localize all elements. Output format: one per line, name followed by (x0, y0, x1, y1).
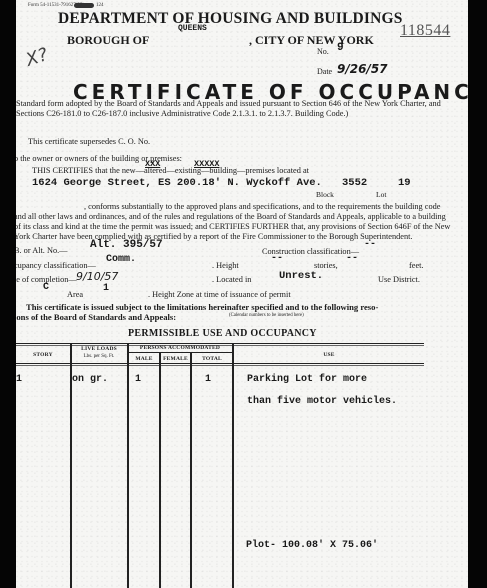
no-label: No. (317, 47, 329, 56)
premises-address: 1624 George Street, ES 200.18' N. Wyckof… (32, 177, 322, 189)
supersedes-text: This certificate supersedes C. O. No. (28, 137, 150, 146)
cell-use-line-2: than five motor vehicles. (247, 396, 397, 407)
borough-label: BOROUGH OF (67, 33, 149, 48)
occupancy-value: Comm. (106, 254, 136, 265)
construction-value: -- (364, 239, 376, 250)
area-label: Area (67, 290, 83, 299)
alt-no-value: Alt. 395/57 (90, 239, 163, 251)
persons-subheader-rule (128, 352, 232, 353)
seal-number: 124 (96, 3, 104, 8)
area-value: 1 (103, 283, 109, 294)
limitations-line-2: ions of the Board of Standards and Appea… (16, 312, 378, 322)
header-live-loads-unit: Lbs. per Sq. Ft. (72, 354, 126, 359)
department-title: DEPARTMENT OF HOUSING AND BUILDINGS (58, 10, 403, 28)
height-label: . Height (212, 261, 239, 270)
city-label: , CITY OF NEW YORK (249, 33, 374, 48)
certificate-page: Form 54-11531-791627(55) 124 DEPARTMENT … (16, 0, 468, 588)
header-male: MALE (129, 356, 159, 362)
margin-scribble: X? (23, 44, 50, 71)
cell-total: 1 (205, 374, 211, 385)
certifies-text: THIS CERTIFIES that the new—altered—exis… (32, 166, 309, 175)
conforms-text: , conforms substantially to the approved… (16, 202, 454, 242)
alt-no-label: B. or Alt. No.— (16, 246, 67, 255)
date-label: Date (317, 67, 332, 76)
cell-live-loads: on gr. (72, 374, 108, 385)
use-district-label: Use District. (378, 275, 420, 284)
located-label: . Located in (212, 275, 251, 284)
standard-form-text: Standard form adopted by the Board of St… (16, 99, 456, 119)
cell-story: 1 (16, 374, 22, 385)
lot-value: 19 (398, 177, 411, 189)
scan-border-right (467, 0, 487, 588)
header-female: FEMALE (161, 356, 190, 362)
cell-male: 1 (135, 374, 141, 385)
limitations-text: This certificate is issued subject to th… (26, 302, 378, 322)
use-district-value: Unrest. (279, 270, 323, 282)
table-title: PERMISSIBLE USE AND OCCUPANCY (128, 328, 317, 339)
certificate-number: 118544 (400, 22, 450, 40)
cell-use-line-1: Parking Lot for more (247, 374, 367, 385)
borough-value: QUEENS (178, 24, 207, 33)
printer-seal-icon (74, 3, 94, 8)
height-value: -- (271, 253, 283, 264)
occupancy-label: cupancy classification— (16, 261, 96, 270)
col-divider-2 (127, 343, 129, 588)
col-divider-5 (232, 343, 234, 588)
calendar-note: (Calendar numbers to be inserted here) (229, 313, 304, 318)
header-live-loads: LIVE LOADS (72, 346, 126, 352)
lot-label: Lot (376, 190, 386, 199)
header-use: USE (234, 352, 424, 358)
no-value: 9 (337, 42, 344, 54)
height-zone-label: . Height Zone at time of issuance of per… (148, 290, 291, 299)
stories-label: stories, (314, 261, 338, 270)
feet-label: feet. (409, 261, 424, 270)
header-total: TOTAL (192, 356, 232, 362)
block-value: 3552 (342, 177, 367, 189)
header-persons-accommodated: PERSONS ACCOMMODATED (129, 345, 231, 351)
col-divider-3 (159, 352, 161, 588)
date-value: 9/26/57 (337, 62, 388, 76)
plot-dimensions: Plot- 100.08' X 75.06' (246, 540, 378, 551)
block-label: Block (316, 190, 334, 199)
limitations-line-1: This certificate is issued subject to th… (26, 302, 378, 312)
height-zone-value: C (43, 282, 49, 293)
feet-value: -- (346, 253, 358, 264)
header-story: STORY (20, 352, 66, 358)
completion-value: 9/10/57 (76, 270, 118, 283)
col-divider-4 (190, 352, 192, 588)
table-header-rule (16, 363, 424, 366)
